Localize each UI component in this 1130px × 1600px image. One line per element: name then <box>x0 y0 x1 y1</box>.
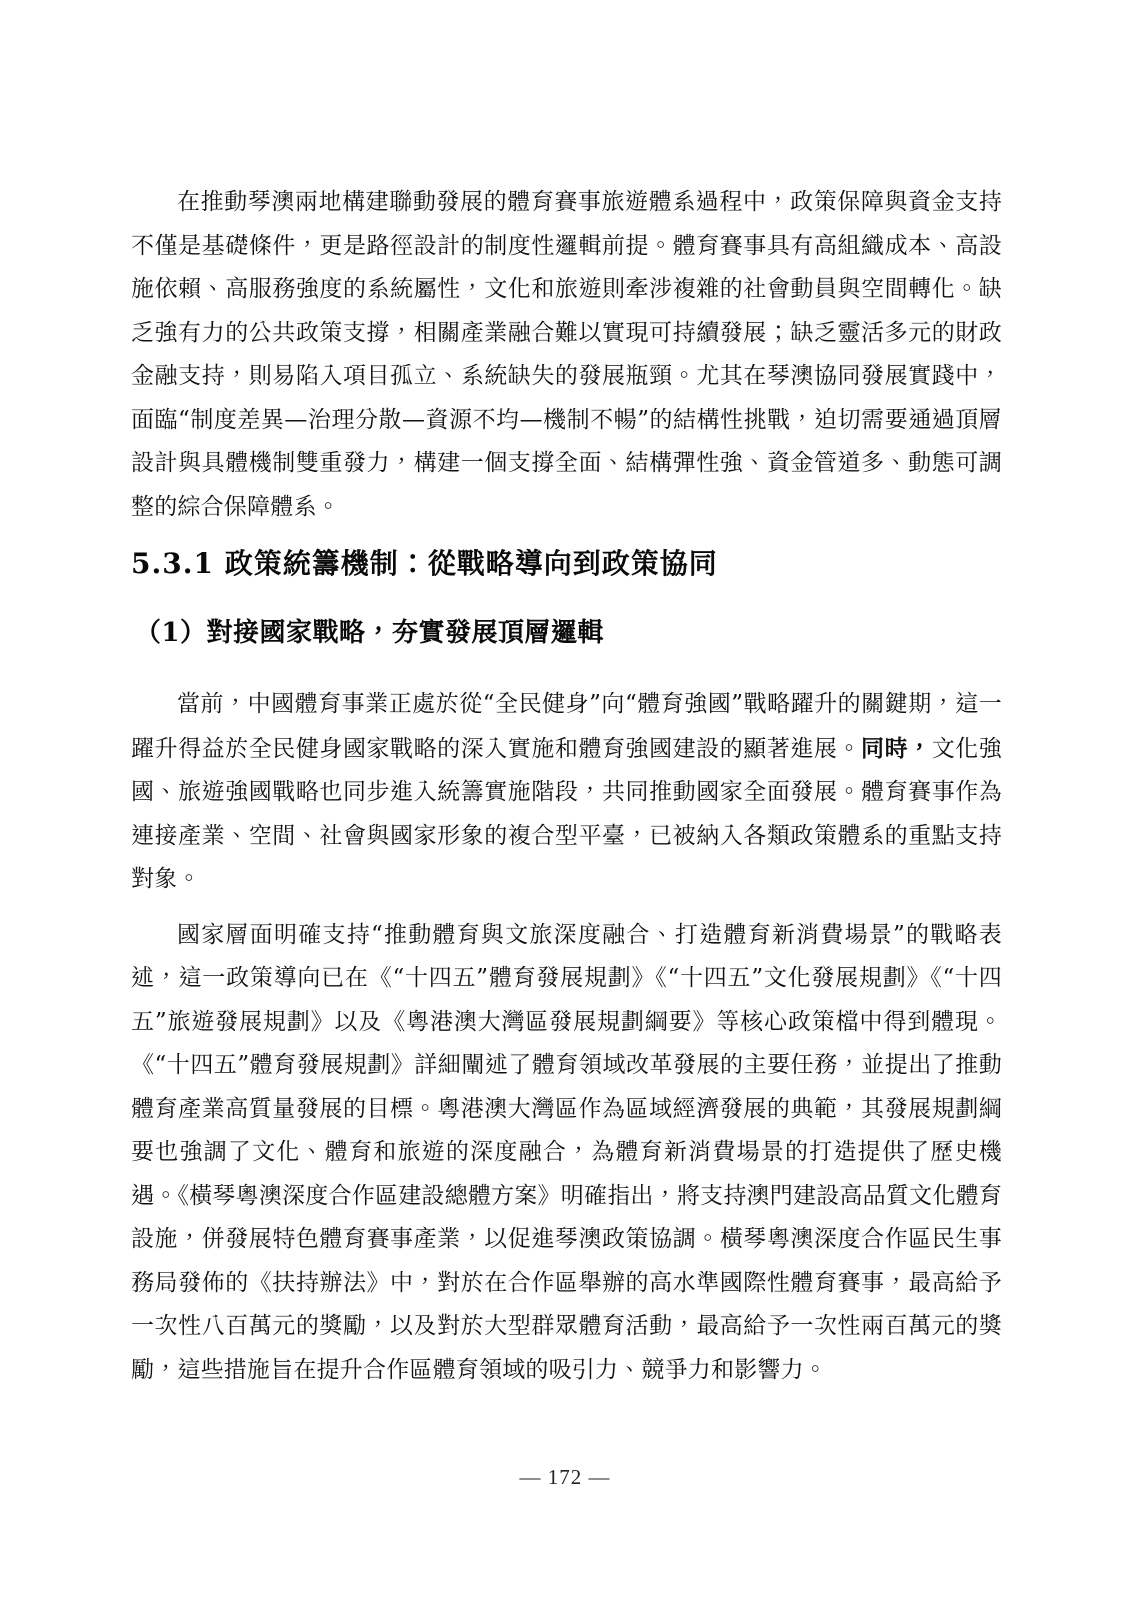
page-footer: — 172 — <box>0 1464 1130 1490</box>
subsection-heading: （1）對接國家戰略，夯實發展頂層邏輯 <box>131 611 1002 655</box>
strategy-paragraph-bold-text: 同時， <box>861 735 932 762</box>
intro-paragraph: 在推動琴澳兩地構建聯動發展的體育賽事旅遊體系過程中，政策保障與資金支持不僅是基礎… <box>131 181 1002 529</box>
policy-paragraph: 國家層面明確支持“推動體育與文旅深度融合、打造體育新消費場景”的戰略表述，這一政… <box>131 914 1002 1393</box>
document-page: 在推動琴澳兩地構建聯動發展的體育賽事旅遊體系過程中，政策保障與資金支持不僅是基礎… <box>0 0 1130 1600</box>
strategy-paragraph: 當前，中國體育事業正處於從“全民健身”向“體育強國”戰略躍升的關鍵期，這一躍升得… <box>131 683 1002 902</box>
page-number: — 172 — <box>520 1465 611 1489</box>
section-heading: 5.3.1 政策統籌機制：從戰略導向到政策協同 <box>131 540 1002 588</box>
page-content: 在推動琴澳兩地構建聯動發展的體育賽事旅遊體系過程中，政策保障與資金支持不僅是基礎… <box>131 181 1002 1392</box>
